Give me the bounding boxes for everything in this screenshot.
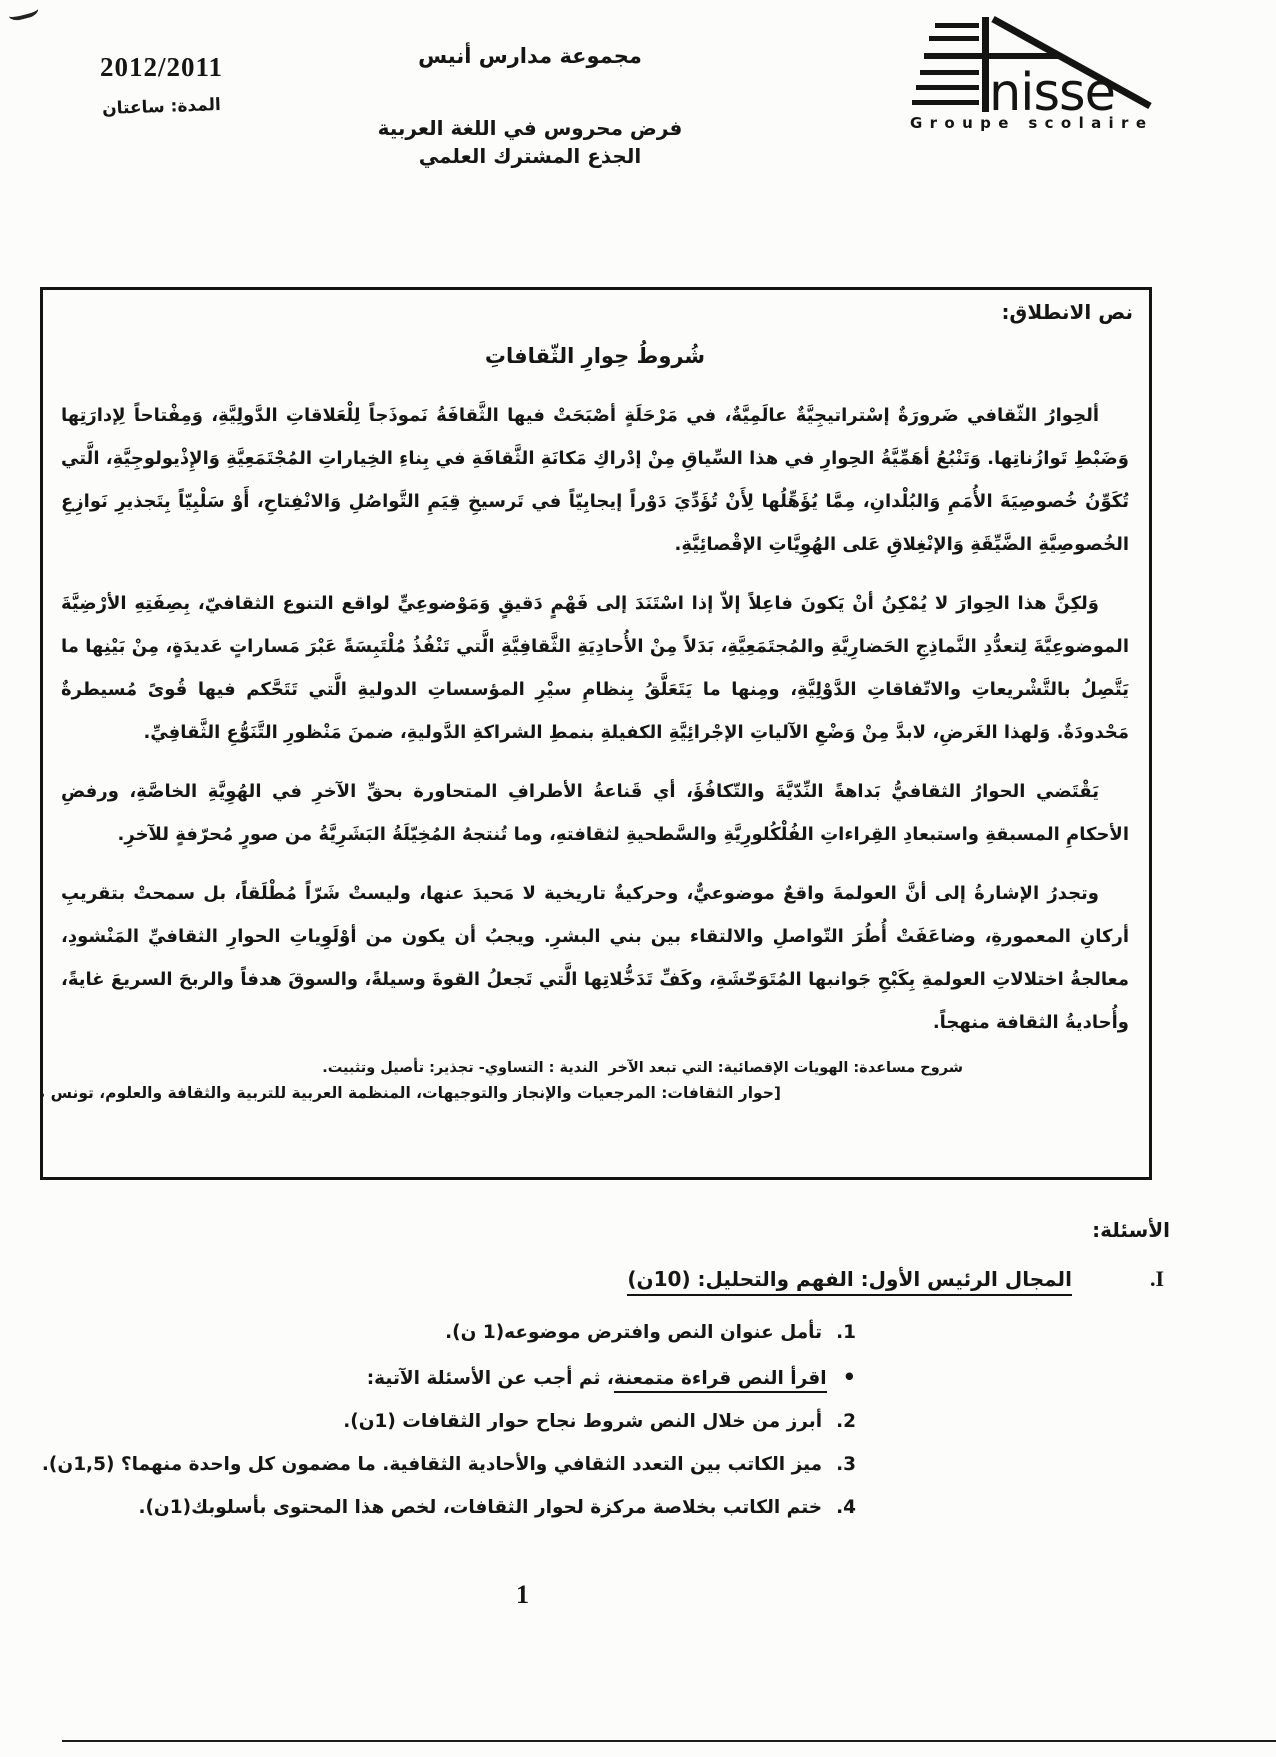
- questions-heading: الأسئلة:: [0, 1218, 1170, 1242]
- section-numeral: I.: [1150, 1266, 1164, 1292]
- text-paragraph: وَلكِنَّ هذا الحِوارَ لا يُمْكِنُ أنْ يَ…: [61, 582, 1129, 754]
- question-text: ميز الكاتب بين التعدد الثقافي والأحادية …: [42, 1454, 822, 1475]
- text-title: شُروطُ حِوارِ الثّقافاتِ: [57, 344, 1133, 368]
- header-left: 2012/2011 المدة: ساعتان: [100, 52, 223, 117]
- question-number: 3.: [836, 1454, 856, 1475]
- bottom-scan-line: [62, 1740, 1276, 1742]
- section-one-heading: I. المجال الرئيس الأول: الفهم والتحليل: …: [0, 1266, 1164, 1296]
- question-number: 2.: [836, 1411, 856, 1432]
- school-group-name: مجموعة مدارس أنيس: [330, 44, 730, 68]
- question-item: 4.ختم الكاتب بخلاصة مركزة لحوار الثقافات…: [0, 1497, 856, 1518]
- exam-duration: المدة: ساعتان: [100, 95, 224, 119]
- questions-section: الأسئلة: I. المجال الرئيس الأول: الفهم و…: [0, 1208, 1276, 1518]
- school-logo-icon: nisse Groupe scolaire: [812, 4, 1164, 132]
- question-number: 4.: [836, 1497, 856, 1518]
- question-item: 3.ميز الكاتب بين التعدد الثقافي والأحادي…: [0, 1454, 856, 1475]
- text-paragraph: يَقْتَضي الحوارُ الثقافيُّ بَداهةً النِّ…: [61, 770, 1129, 856]
- exam-title: فرض محروس في اللغة العربية: [330, 116, 730, 140]
- text-paragraph: وتجدرُ الإشارةُ إلى أنَّ العولمةَ واقعٌ …: [61, 872, 1129, 1044]
- page-number: 1: [516, 1580, 529, 1610]
- question-text: ختم الكاتب بخلاصة مركزة لحوار الثقافات، …: [138, 1497, 822, 1518]
- bullet-icon: •: [843, 1365, 856, 1389]
- section-title: المجال الرئيس الأول: الفهم والتحليل: (10…: [627, 1267, 1072, 1296]
- question-item: 2.أبرز من خلال النص شروط نجاح حوار الثقا…: [0, 1411, 856, 1432]
- exam-level: الجذع المشترك العلمي: [330, 144, 730, 168]
- glossary-footnote: شروح مساعدة: الهويات الإقصائية: التي تبع…: [57, 1060, 963, 1076]
- question-item: 1.تأمل عنوان النص وافترض موضوعه(1 ن).: [0, 1322, 856, 1343]
- logo-subtitle: Groupe scolaire: [910, 114, 1146, 132]
- source-text-box: نص الانطلاق: شُروطُ حِوارِ الثّقافاتِ أل…: [40, 287, 1152, 1180]
- header-center: مجموعة مدارس أنيس فرض محروس في اللغة الع…: [330, 44, 730, 168]
- question-number: 1.: [836, 1322, 856, 1343]
- questions-list: 1.تأمل عنوان النص وافترض موضوعه(1 ن). •ا…: [0, 1322, 856, 1518]
- instruction-underlined: اقرأ النص قراءة متمعنة: [614, 1368, 827, 1393]
- question-text: أبرز من خلال النص شروط نجاح حوار الثقافا…: [343, 1411, 822, 1432]
- text-box-label: نص الانطلاق:: [57, 300, 1133, 324]
- school-year: 2012/2011: [100, 52, 223, 83]
- text-source-reference: [حوار الثقافات: المرجعيات والإنجاز والتو…: [57, 1084, 781, 1102]
- scan-ink-mark: [7, 0, 40, 22]
- text-paragraph: ألحِوارُ الثّقافي ضَرورَةٌ إسْتراتيجِيَّ…: [61, 394, 1129, 566]
- instruction-bullet: •اقرأ النص قراءة متمعنة، ثم أجب عن الأسئ…: [0, 1365, 856, 1389]
- question-text: تأمل عنوان النص وافترض موضوعه(1 ن).: [445, 1322, 822, 1343]
- instruction-rest: ، ثم أجب عن الأسئلة الآتية:: [367, 1368, 614, 1389]
- exam-page: 2012/2011 المدة: ساعتان مجموعة مدارس أني…: [0, 0, 1276, 1757]
